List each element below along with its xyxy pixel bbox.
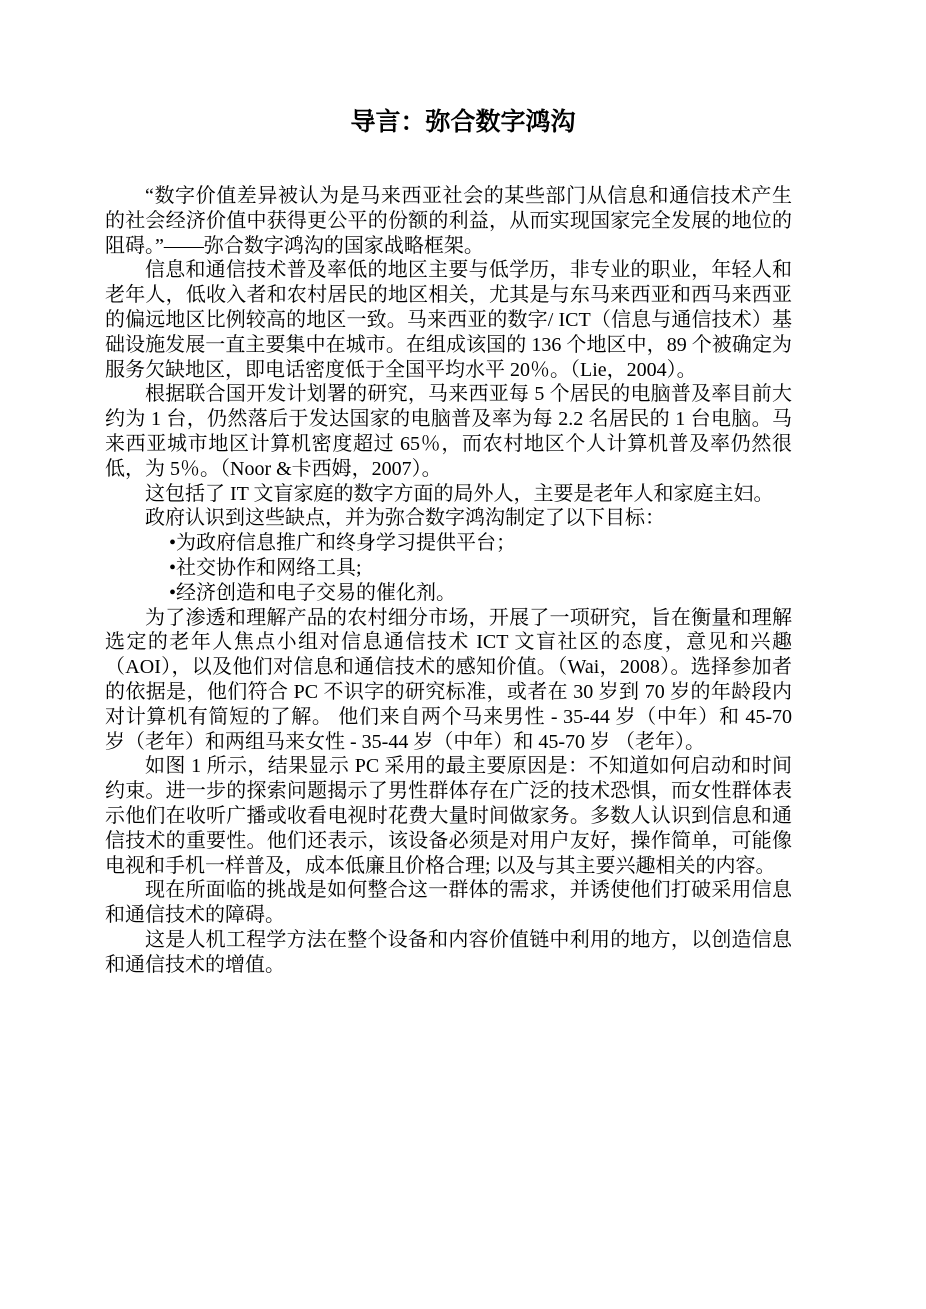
paragraph-challenge: 现在所面临的挑战是如何整合这一群体的需求，并诱使他们打破采用信息和通信技术的障碍… (105, 878, 792, 928)
page-title: 导言：弥合数字鸿沟 (0, 102, 926, 142)
paragraph-undp-research: 根据联合国开发计划署的研究，马来西亚每 5 个居民的电脑普及率目前大约为 1 台… (105, 382, 792, 481)
paragraph-government-goals: 政府认识到这些缺点，并为弥合数字鸿沟制定了以下目标： (105, 506, 792, 531)
bullet-item-platform: •为政府信息推广和终身学习提供平台； (105, 531, 792, 556)
paragraph-it-illiterate: 这包括了 IT 文盲家庭的数字方面的局外人，主要是老年人和家庭主妇。 (105, 482, 792, 507)
paragraph-ergonomics: 这是人机工程学方法在整个设备和内容价值链中利用的地方，以创造信息和通信技术的增值… (105, 928, 792, 978)
bullet-item-social-tools: •社交协作和网络工具; (105, 556, 792, 581)
paragraph-figure1-results: 如图 1 所示，结果显示 PC 采用的最主要原因是：不知道如何启动和时间约束。进… (105, 754, 792, 878)
document-page: 导言：弥合数字鸿沟 “数字价值差异被认为是马来西亚社会的某些部门从信息和通信技术… (0, 0, 926, 1309)
paragraph-research-study: 为了渗透和理解产品的农村细分市场，开展了一项研究，旨在衡量和理解选定的老年人焦点… (105, 606, 792, 755)
bullet-item-economic-catalyst: •经济创造和电子交易的催化剂。 (105, 581, 792, 606)
paragraph-ict-coverage: 信息和通信技术普及率低的地区主要与低学历，非专业的职业，年轻人和老年人，低收入者… (105, 258, 792, 382)
document-body: “数字价值差异被认为是马来西亚社会的某些部门从信息和通信技术产生的社会经济价值中… (105, 184, 792, 978)
paragraph-quote: “数字价值差异被认为是马来西亚社会的某些部门从信息和通信技术产生的社会经济价值中… (105, 184, 792, 258)
